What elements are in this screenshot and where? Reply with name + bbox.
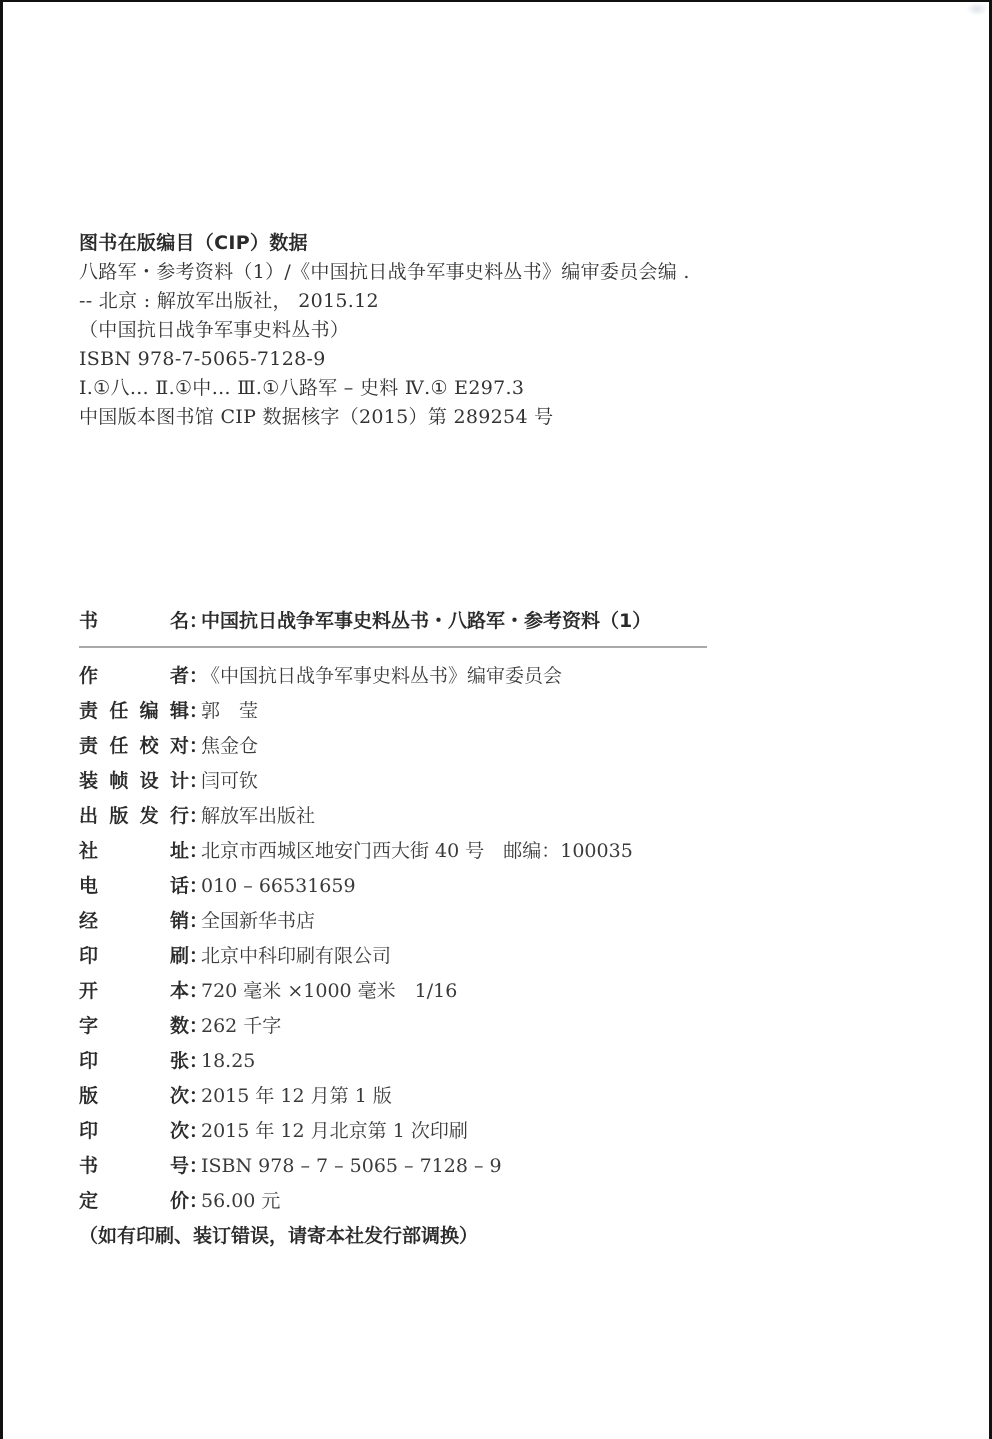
colophon-label: 印张 xyxy=(79,1044,189,1079)
colon: ： xyxy=(189,1079,201,1114)
label-char: 次 xyxy=(170,1114,189,1149)
colon: ： xyxy=(189,974,201,1009)
colophon-label: 社址 xyxy=(79,834,189,869)
label-char: 字 xyxy=(79,1009,98,1044)
colon: ： xyxy=(189,729,201,764)
format-value: 720 毫米 ×1000 毫米 1/16 xyxy=(201,974,457,1009)
colophon-label: 字数 xyxy=(79,1009,189,1044)
colophon-row-phone: 电话：010 – 66531659 xyxy=(79,869,719,904)
colophon-label: 书 名 xyxy=(79,604,189,639)
label-char: 刷 xyxy=(170,939,189,974)
label-char: 装 xyxy=(79,764,98,799)
label-char: 印 xyxy=(79,1114,98,1149)
colophon-row-designer: 装帧设计：闫可钦 xyxy=(79,764,719,799)
colophon-label: 定价 xyxy=(79,1184,189,1219)
label-char: 书 xyxy=(79,604,98,639)
label-char: 任 xyxy=(109,694,128,729)
label-char: 书 xyxy=(79,1149,98,1184)
colon: ： xyxy=(189,834,201,869)
label-char: 价 xyxy=(170,1184,189,1219)
label-char: 次 xyxy=(170,1079,189,1114)
colon: ： xyxy=(189,1114,201,1149)
colon: ： xyxy=(189,764,201,799)
colophon-label: 责任编辑 xyxy=(79,694,189,729)
label-char: 话 xyxy=(170,869,189,904)
proofreader-value: 焦金仓 xyxy=(201,729,258,764)
label-char: 版 xyxy=(109,799,128,834)
cip-title: 图书在版编目（CIP）数据 xyxy=(79,229,690,258)
isbn-value: ISBN 978 – 7 – 5065 – 7128 – 9 xyxy=(201,1149,502,1184)
label-char: 印 xyxy=(79,1044,98,1079)
colophon-label: 开本 xyxy=(79,974,189,1009)
colon: ： xyxy=(189,904,201,939)
editor-value: 郭 莹 xyxy=(201,694,258,729)
colophon-label: 版次 xyxy=(79,1079,189,1114)
colophon-rows: 作者：《中国抗日战争军事史料丛书》编审委员会责任编辑：郭 莹责任校对：焦金仓装帧… xyxy=(79,659,719,1219)
designer-value: 闫可钦 xyxy=(201,764,258,799)
colophon-row-word-count: 字数：262 千字 xyxy=(79,1009,719,1044)
colon: ： xyxy=(189,799,201,834)
label-char: 任 xyxy=(109,729,128,764)
address-value: 北京市西城区地安门西大街 40 号 邮编：100035 xyxy=(201,834,633,869)
colophon-row-printing: 印次：2015 年 12 月北京第 1 次印刷 xyxy=(79,1114,719,1149)
colophon-row-edition: 版次：2015 年 12 月第 1 版 xyxy=(79,1079,719,1114)
label-char: 张 xyxy=(170,1044,189,1079)
printing-value: 2015 年 12 月北京第 1 次印刷 xyxy=(201,1114,468,1149)
colon: ： xyxy=(189,869,201,904)
printed-sheets-value: 18.25 xyxy=(201,1044,255,1079)
colophon-row-proofreader: 责任校对：焦金仓 xyxy=(79,729,719,764)
label-char: 本 xyxy=(170,974,189,1009)
word-count-value: 262 千字 xyxy=(201,1009,281,1044)
colophon-row-isbn: 书号：ISBN 978 – 7 – 5065 – 7128 – 9 xyxy=(79,1149,719,1184)
colophon-label: 电话 xyxy=(79,869,189,904)
label-char: 社 xyxy=(79,834,98,869)
label-char: 经 xyxy=(79,904,98,939)
cip-line-publisher: -- 北京 : 解放军出版社， 2015.12 xyxy=(79,287,690,316)
label-char: 发 xyxy=(140,799,159,834)
replacement-note: （如有印刷、装订错误，请寄本社发行部调换） xyxy=(79,1219,719,1254)
cip-data-block: 图书在版编目（CIP）数据 八路军・参考资料（1）/《中国抗日战争军事史料丛书》… xyxy=(79,229,690,432)
divider-line xyxy=(79,646,707,648)
colophon-label: 责任校对 xyxy=(79,729,189,764)
label-char: 出 xyxy=(79,799,98,834)
label-char: 责 xyxy=(79,729,98,764)
label-char: 址 xyxy=(170,834,189,869)
colophon-row-printed-sheets: 印张：18.25 xyxy=(79,1044,719,1079)
colon: ： xyxy=(189,1184,201,1219)
label-char: 名 xyxy=(170,604,189,639)
scan-artifact xyxy=(966,2,988,16)
cip-line-title-editor: 八路军・参考资料（1）/《中国抗日战争军事史料丛书》编审委员会编 . xyxy=(79,258,690,287)
colophon-row-printer: 印刷：北京中科印刷有限公司 xyxy=(79,939,719,974)
colophon-row-editor: 责任编辑：郭 莹 xyxy=(79,694,719,729)
label-char: 开 xyxy=(79,974,98,1009)
cip-line-cip-number: 中国版本图书馆 CIP 数据核字（2015）第 289254 号 xyxy=(79,403,690,432)
book-title-value: 中国抗日战争军事史料丛书・八路军・参考资料（1） xyxy=(201,604,651,639)
colon: ： xyxy=(189,1009,201,1044)
label-char: 号 xyxy=(170,1149,189,1184)
colophon-label: 印刷 xyxy=(79,939,189,974)
label-char: 校 xyxy=(140,729,159,764)
edition-value: 2015 年 12 月第 1 版 xyxy=(201,1079,392,1114)
phone-value: 010 – 66531659 xyxy=(201,869,356,904)
author-value: 《中国抗日战争军事史料丛书》编审委员会 xyxy=(201,659,562,694)
label-char: 责 xyxy=(79,694,98,729)
colon: ： xyxy=(189,1149,201,1184)
colon: ： xyxy=(189,604,201,639)
colophon-row-distributor: 经销：全国新华书店 xyxy=(79,904,719,939)
printer-value: 北京中科印刷有限公司 xyxy=(201,939,391,974)
colophon-label: 作者 xyxy=(79,659,189,694)
colon: ： xyxy=(189,659,201,694)
label-char: 辑 xyxy=(170,694,189,729)
cip-line-classification: Ⅰ.①八… Ⅱ.①中… Ⅲ.①八路军 – 史料 Ⅳ.① E297.3 xyxy=(79,374,690,403)
colon: ： xyxy=(189,694,201,729)
colophon-label: 出版发行 xyxy=(79,799,189,834)
label-char: 作 xyxy=(79,659,98,694)
colon: ： xyxy=(189,939,201,974)
label-char: 者 xyxy=(170,659,189,694)
label-char: 计 xyxy=(170,764,189,799)
colophon-row-author: 作者：《中国抗日战争军事史料丛书》编审委员会 xyxy=(79,659,719,694)
colophon-label: 经销 xyxy=(79,904,189,939)
colophon-row-publisher: 出版发行：解放军出版社 xyxy=(79,799,719,834)
distributor-value: 全国新华书店 xyxy=(201,904,315,939)
label-char: 帧 xyxy=(109,764,128,799)
label-char: 定 xyxy=(79,1184,98,1219)
label-char: 数 xyxy=(170,1009,189,1044)
colophon-row-address: 社址：北京市西城区地安门西大街 40 号 邮编：100035 xyxy=(79,834,719,869)
label-char: 印 xyxy=(79,939,98,974)
label-char: 编 xyxy=(140,694,159,729)
label-char: 行 xyxy=(170,799,189,834)
label-char: 版 xyxy=(79,1079,98,1114)
label-char: 对 xyxy=(170,729,189,764)
price-value: 56.00 元 xyxy=(201,1184,280,1219)
colon: ： xyxy=(189,1044,201,1079)
label-char: 电 xyxy=(79,869,98,904)
colophon-label: 书号 xyxy=(79,1149,189,1184)
colophon-label: 印次 xyxy=(79,1114,189,1149)
cip-line-series: （中国抗日战争军事史料丛书） xyxy=(79,316,690,345)
colophon-block: 书 名 ： 中国抗日战争军事史料丛书・八路军・参考资料（1） 作者：《中国抗日战… xyxy=(79,604,719,1254)
colophon-row-book-title: 书 名 ： 中国抗日战争军事史料丛书・八路军・参考资料（1） xyxy=(79,604,719,639)
colophon-row-format: 开本：720 毫米 ×1000 毫米 1/16 xyxy=(79,974,719,1009)
colophon-label: 装帧设计 xyxy=(79,764,189,799)
label-char: 设 xyxy=(140,764,159,799)
colophon-row-price: 定价：56.00 元 xyxy=(79,1184,719,1219)
label-char: 销 xyxy=(170,904,189,939)
cip-line-isbn: ISBN 978-7-5065-7128-9 xyxy=(79,345,690,374)
publisher-value: 解放军出版社 xyxy=(201,799,315,834)
